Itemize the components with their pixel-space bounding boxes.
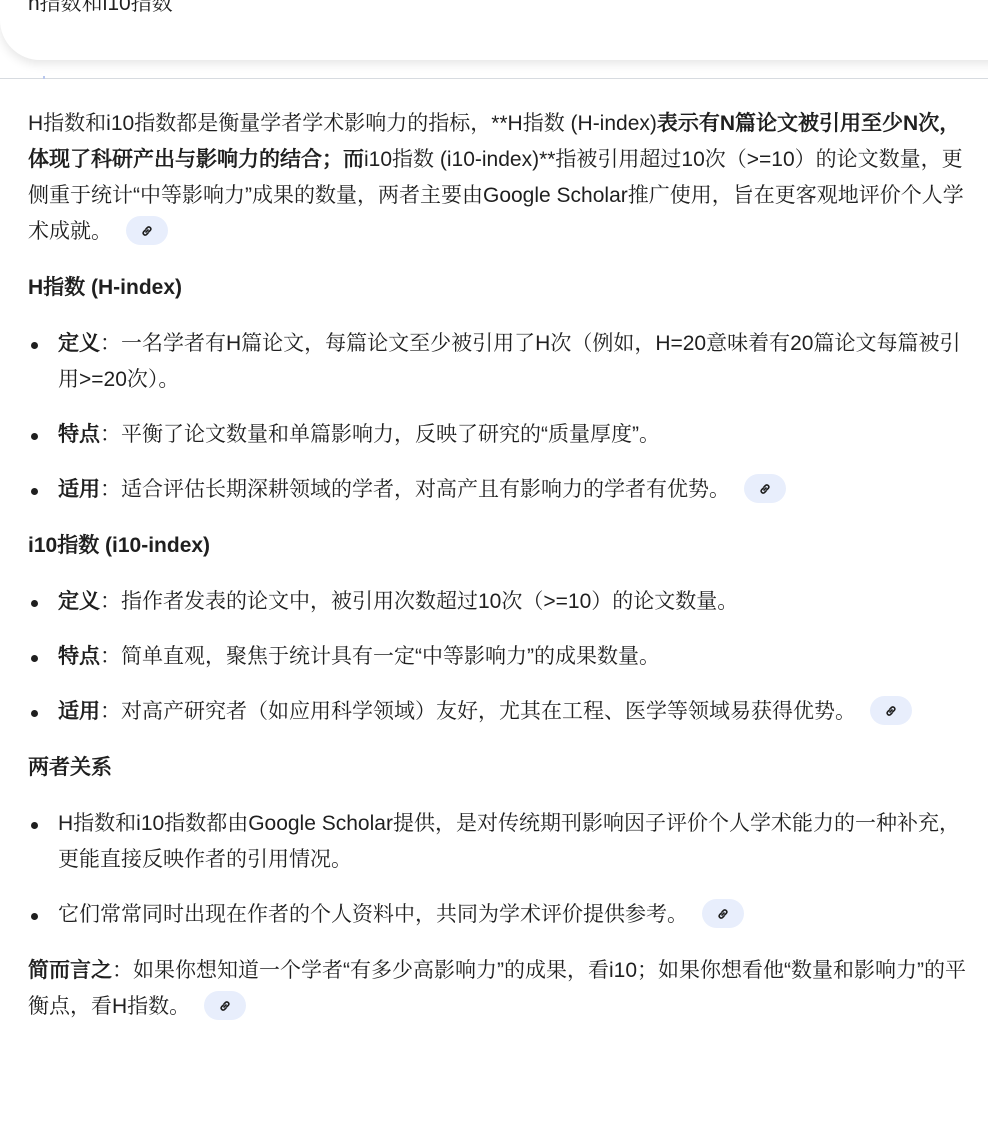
summary-paragraph: 简而言之：如果你想知道一个学者“有多少高影响力”的成果，看i10；如果你想看他“… — [28, 953, 976, 1025]
list-item: 它们常常同时出现在作者的个人资料中，共同为学术评价提供参考。 — [28, 897, 976, 933]
divider — [0, 78, 988, 79]
item-label: 定义 — [58, 590, 100, 613]
citation-button[interactable] — [702, 899, 744, 928]
i10-index-list: 定义：指作者发表的论文中，被引用次数超过10次（>=10）的论文数量。 特点：简… — [28, 584, 976, 730]
list-item: 特点：简单直观，聚焦于统计具有一定“中等影响力”的成果数量。 — [28, 639, 976, 675]
summary-text: 如果你想知道一个学者“有多少高影响力”的成果，看i10；如果你想看他“数量和影响… — [28, 959, 966, 1018]
list-item: 适用：适合评估长期深耕领域的学者，对高产且有影响力的学者有优势。 — [28, 472, 976, 508]
item-text: 一名学者有H篇论文，每篇论文至少被引用了H次（例如，H=20意味着有20篇论文每… — [58, 332, 960, 391]
item-label: 适用 — [58, 700, 100, 723]
citation-button[interactable] — [204, 991, 246, 1020]
link-icon — [758, 482, 772, 496]
item-label: 特点 — [58, 645, 100, 668]
item-sep: ： — [100, 590, 121, 613]
answer-content: H指数和i10指数都是衡量学者学术影响力的指标，**H指数 (H-index)表… — [28, 106, 976, 1025]
section-heading-relationship: 两者关系 — [28, 750, 976, 786]
item-label: 特点 — [58, 423, 100, 446]
item-sep: ： — [100, 645, 121, 668]
item-label: 适用 — [58, 478, 100, 501]
item-text: 平衡了论文数量和单篇影响力，反映了研究的“质量厚度”。 — [121, 423, 660, 446]
list-item: 定义：指作者发表的论文中，被引用次数超过10次（>=10）的论文数量。 — [28, 584, 976, 620]
section-heading-i10-index: i10指数 (i10-index) — [28, 528, 976, 564]
intro-text-1: H指数和i10指数都是衡量学者学术影响力的指标，**H指数 (H-index) — [28, 112, 657, 135]
list-item: H指数和i10指数都由Google Scholar提供，是对传统期刊影响因子评价… — [28, 806, 976, 878]
list-item: 适用：对高产研究者（如应用科学领域）友好，尤其在工程、医学等领域易获得优势。 — [28, 694, 976, 730]
citation-button[interactable] — [126, 216, 168, 245]
item-text: 对高产研究者（如应用科学领域）友好，尤其在工程、医学等领域易获得优势。 — [121, 700, 856, 723]
item-text: 指作者发表的论文中，被引用次数超过10次（>=10）的论文数量。 — [121, 590, 738, 613]
item-sep: ： — [100, 700, 121, 723]
item-text: 简单直观，聚焦于统计具有一定“中等影响力”的成果数量。 — [121, 645, 660, 668]
h-index-list: 定义：一名学者有H篇论文，每篇论文至少被引用了H次（例如，H=20意味着有20篇… — [28, 326, 976, 508]
link-icon — [884, 704, 898, 718]
citation-button[interactable] — [744, 474, 786, 503]
link-icon — [716, 907, 730, 921]
list-item: 特点：平衡了论文数量和单篇影响力，反映了研究的“质量厚度”。 — [28, 417, 976, 453]
summary-label: 简而言之 — [28, 959, 112, 982]
item-text: H指数和i10指数都由Google Scholar提供，是对传统期刊影响因子评价… — [58, 812, 960, 871]
list-item: 定义：一名学者有H篇论文，每篇论文至少被引用了H次（例如，H=20意味着有20篇… — [28, 326, 976, 398]
relationship-list: H指数和i10指数都由Google Scholar提供，是对传统期刊影响因子评价… — [28, 806, 976, 933]
query-bubble: h指数和i10指数 — [0, 0, 988, 60]
item-text: 适合评估长期深耕领域的学者，对高产且有影响力的学者有优势。 — [121, 478, 730, 501]
citation-button[interactable] — [870, 696, 912, 725]
item-label: 定义 — [58, 332, 100, 355]
intro-paragraph: H指数和i10指数都是衡量学者学术影响力的指标，**H指数 (H-index)表… — [28, 106, 976, 250]
summary-sep: ： — [112, 959, 133, 982]
item-sep: ： — [100, 478, 121, 501]
link-icon — [218, 999, 232, 1013]
item-sep: ： — [100, 332, 121, 355]
item-sep: ： — [100, 423, 121, 446]
item-text: 它们常常同时出现在作者的个人资料中，共同为学术评价提供参考。 — [58, 903, 688, 926]
section-heading-h-index: H指数 (H-index) — [28, 270, 976, 306]
link-icon — [140, 224, 154, 238]
divider-marker — [43, 76, 45, 79]
query-text: h指数和i10指数 — [28, 0, 173, 20]
